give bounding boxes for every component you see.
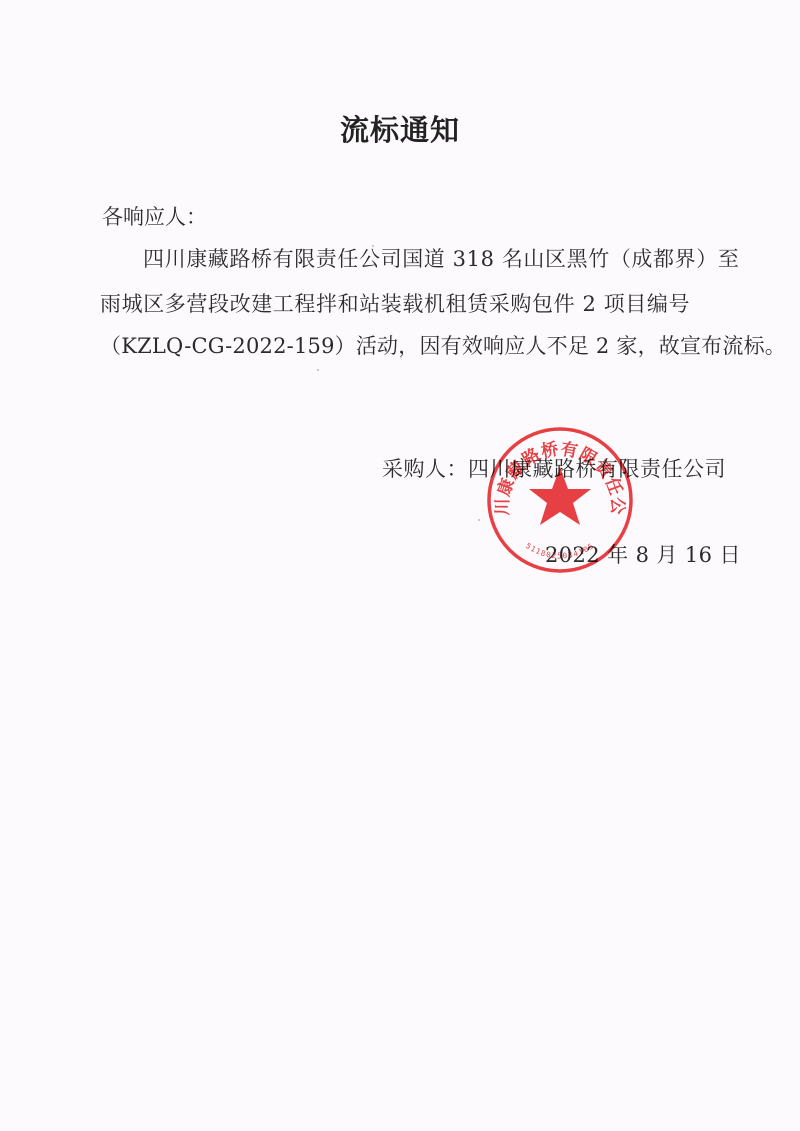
scan-speck <box>372 245 374 247</box>
body-line-1: 四川康藏路桥有限责任公司国道 318 名山区黑竹（成都界）至 <box>143 245 739 273</box>
seal-code-text: 5118025034105 <box>524 541 596 560</box>
scan-speck <box>317 369 319 371</box>
scan-speck <box>478 519 480 521</box>
salutation: 各响应人： <box>102 203 207 231</box>
star-icon <box>529 467 591 525</box>
document-page: 流标通知 各响应人： 四川康藏路桥有限责任公司国道 318 名山区黑竹（成都界）… <box>0 0 800 1131</box>
body-line-3: （KZLQ-CG-2022-159）活动，因有效响应人不足 2 家，故宣布流标。 <box>100 332 786 360</box>
body-line-2: 雨城区多营段改建工程拌和站装载机租赁采购包件 2 项目编号 <box>100 290 690 318</box>
page-title: 流标通知 <box>0 108 800 149</box>
official-seal: 四川康藏路桥有限责任公司 5118025034105 <box>485 425 635 575</box>
